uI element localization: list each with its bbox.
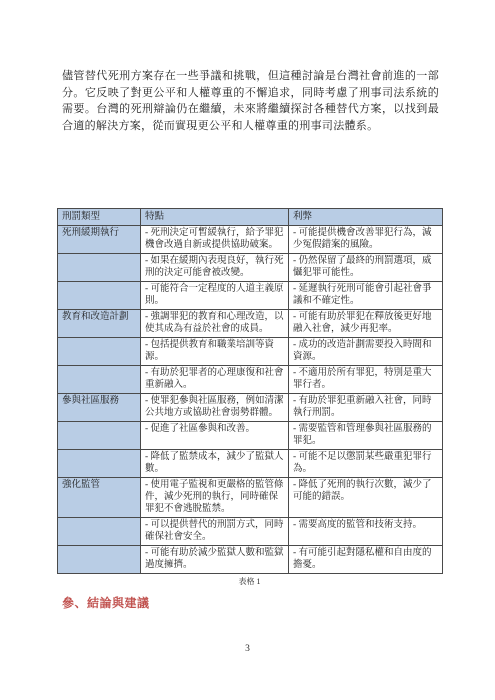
table-section: 刑罰類型 特點 利弊 死刑緩期執行- 死刑決定可暫緩執行，給予罪犯機會改過自新或… (0, 208, 495, 611)
table-cell: - 有助於罪犯重新融入社會，同時執行刑罰。 (289, 394, 443, 422)
table-cell: - 可能符合一定程度的人道主義原則。 (141, 282, 289, 310)
penalty-type-cell (58, 254, 141, 282)
table-body: 死刑緩期執行- 死刑決定可暫緩執行，給予罪犯機會改過自新或提供協助破案。- 可能… (58, 226, 443, 574)
table-cell: - 降低了監禁成本，減少了監獄人數。 (141, 450, 289, 478)
table-row: 強化監管- 使用電子監視和更嚴格的監管條件，減少死刑的執行，同時確保罪犯不會逃脫… (58, 478, 443, 518)
table-cell: - 需要監管和管理參與社區服務的罪犯。 (289, 422, 443, 450)
table-cell: - 使罪犯參與社區服務，例如清潔公共地方或協助社會弱勢群體。 (141, 394, 289, 422)
table-cell: - 可能有助於罪犯在釋放後更好地融入社會，減少再犯率。 (289, 310, 443, 338)
table-cell: - 不適用於所有罪犯，特別是重大罪行者。 (289, 366, 443, 394)
table-row: 死刑緩期執行- 死刑決定可暫緩執行，給予罪犯機會改過自新或提供協助破案。- 可能… (58, 226, 443, 254)
table-cell: - 需要高度的監管和技術支持。 (289, 518, 443, 546)
body-paragraph: 儘管替代死刑方案存在一些爭議和挑戰，但這種討論是台灣社會前進的一部分。它反映了對… (62, 68, 439, 134)
table-row: - 如果在緩期內表現良好，執行死刑的決定可能會被改變。- 仍然保留了最終的刑罰選… (58, 254, 443, 282)
table-cell: - 有助於犯罪者的心理康復和社會重新融入。 (141, 366, 289, 394)
page-number: 3 (0, 644, 495, 654)
table-cell: - 死刑決定可暫緩執行，給予罪犯機會改過自新或提供協助破案。 (141, 226, 289, 254)
table-cell: - 延遲執行死刑可能會引起社會爭議和不確定性。 (289, 282, 443, 310)
penalty-type-cell (58, 422, 141, 450)
table-row: - 可以提供替代的刑罰方式，同時確保社會安全。- 需要高度的監管和技術支持。 (58, 518, 443, 546)
table-cell: - 成功的改造計劃需要投入時間和資源。 (289, 338, 443, 366)
table-cell: - 可能有助於減少監獄人數和監獄過度擁擠。 (141, 546, 289, 574)
header-pros-cons: 利弊 (289, 209, 443, 226)
table-cell: - 使用電子監視和更嚴格的監管條件，減少死刑的執行，同時確保罪犯不會逃脫監禁。 (141, 478, 289, 518)
table-cell: - 強調罪犯的教育和心理改造，以使其成為有益於社會的成員。 (141, 310, 289, 338)
penalty-type-cell (58, 282, 141, 310)
table-cell: - 包括提供教育和職業培訓等資源。 (141, 338, 289, 366)
penalty-type-cell (58, 450, 141, 478)
penalty-type-cell (58, 518, 141, 546)
table-row: 參與社區服務- 使罪犯參與社區服務，例如清潔公共地方或協助社會弱勢群體。- 有助… (58, 394, 443, 422)
penalty-type-cell (58, 546, 141, 574)
header-penalty-type: 刑罰類型 (58, 209, 141, 226)
table-cell: - 可能提供機會改善罪犯行為，減少冤假錯案的風險。 (289, 226, 443, 254)
table-row: - 可能有助於減少監獄人數和監獄過度擁擠。- 有可能引起對隱私權和自由度的擔憂。 (58, 546, 443, 574)
penalty-type-cell (58, 338, 141, 366)
penalty-type-cell: 強化監管 (58, 478, 141, 518)
table-caption: 表格 1 (57, 576, 442, 587)
table-cell: - 如果在緩期內表現良好，執行死刑的決定可能會被改變。 (141, 254, 289, 282)
table-row: 刑罰類型 特點 利弊 (58, 209, 443, 226)
table-cell: - 降低了死刑的執行次數，減少了可能的錯誤。 (289, 478, 443, 518)
table-row: - 促進了社區參與和改善。- 需要監管和管理參與社區服務的罪犯。 (58, 422, 443, 450)
table-row: - 包括提供教育和職業培訓等資源。- 成功的改造計劃需要投入時間和資源。 (58, 338, 443, 366)
table-row: - 可能符合一定程度的人道主義原則。- 延遲執行死刑可能會引起社會爭議和不確定性… (58, 282, 443, 310)
penalty-type-cell: 教育和改造計劃 (58, 310, 141, 338)
table-row: 教育和改造計劃- 強調罪犯的教育和心理改造，以使其成為有益於社會的成員。- 可能… (58, 310, 443, 338)
penalty-type-cell: 參與社區服務 (58, 394, 141, 422)
table-row: - 降低了監禁成本，減少了監獄人數。- 可能不足以懲罰某些嚴重犯罪行為。 (58, 450, 443, 478)
header-features: 特點 (141, 209, 289, 226)
table-cell: - 有可能引起對隱私權和自由度的擔憂。 (289, 546, 443, 574)
table-cell: - 仍然保留了最終的刑罰選項，威懾犯罪可能性。 (289, 254, 443, 282)
penalty-type-cell: 死刑緩期執行 (58, 226, 141, 254)
penalty-type-cell (58, 366, 141, 394)
table-cell: - 促進了社區參與和改善。 (141, 422, 289, 450)
table-row: - 有助於犯罪者的心理康復和社會重新融入。- 不適用於所有罪犯，特別是重大罪行者… (58, 366, 443, 394)
table-cell: - 可以提供替代的刑罰方式，同時確保社會安全。 (141, 518, 289, 546)
penalty-table: 刑罰類型 特點 利弊 死刑緩期執行- 死刑決定可暫緩執行，給予罪犯機會改過自新或… (57, 208, 443, 574)
table-cell: - 可能不足以懲罰某些嚴重犯罪行為。 (289, 450, 443, 478)
section-heading: 參、結論與建議 (62, 594, 495, 611)
table-header-row: 刑罰類型 特點 利弊 (58, 209, 443, 226)
